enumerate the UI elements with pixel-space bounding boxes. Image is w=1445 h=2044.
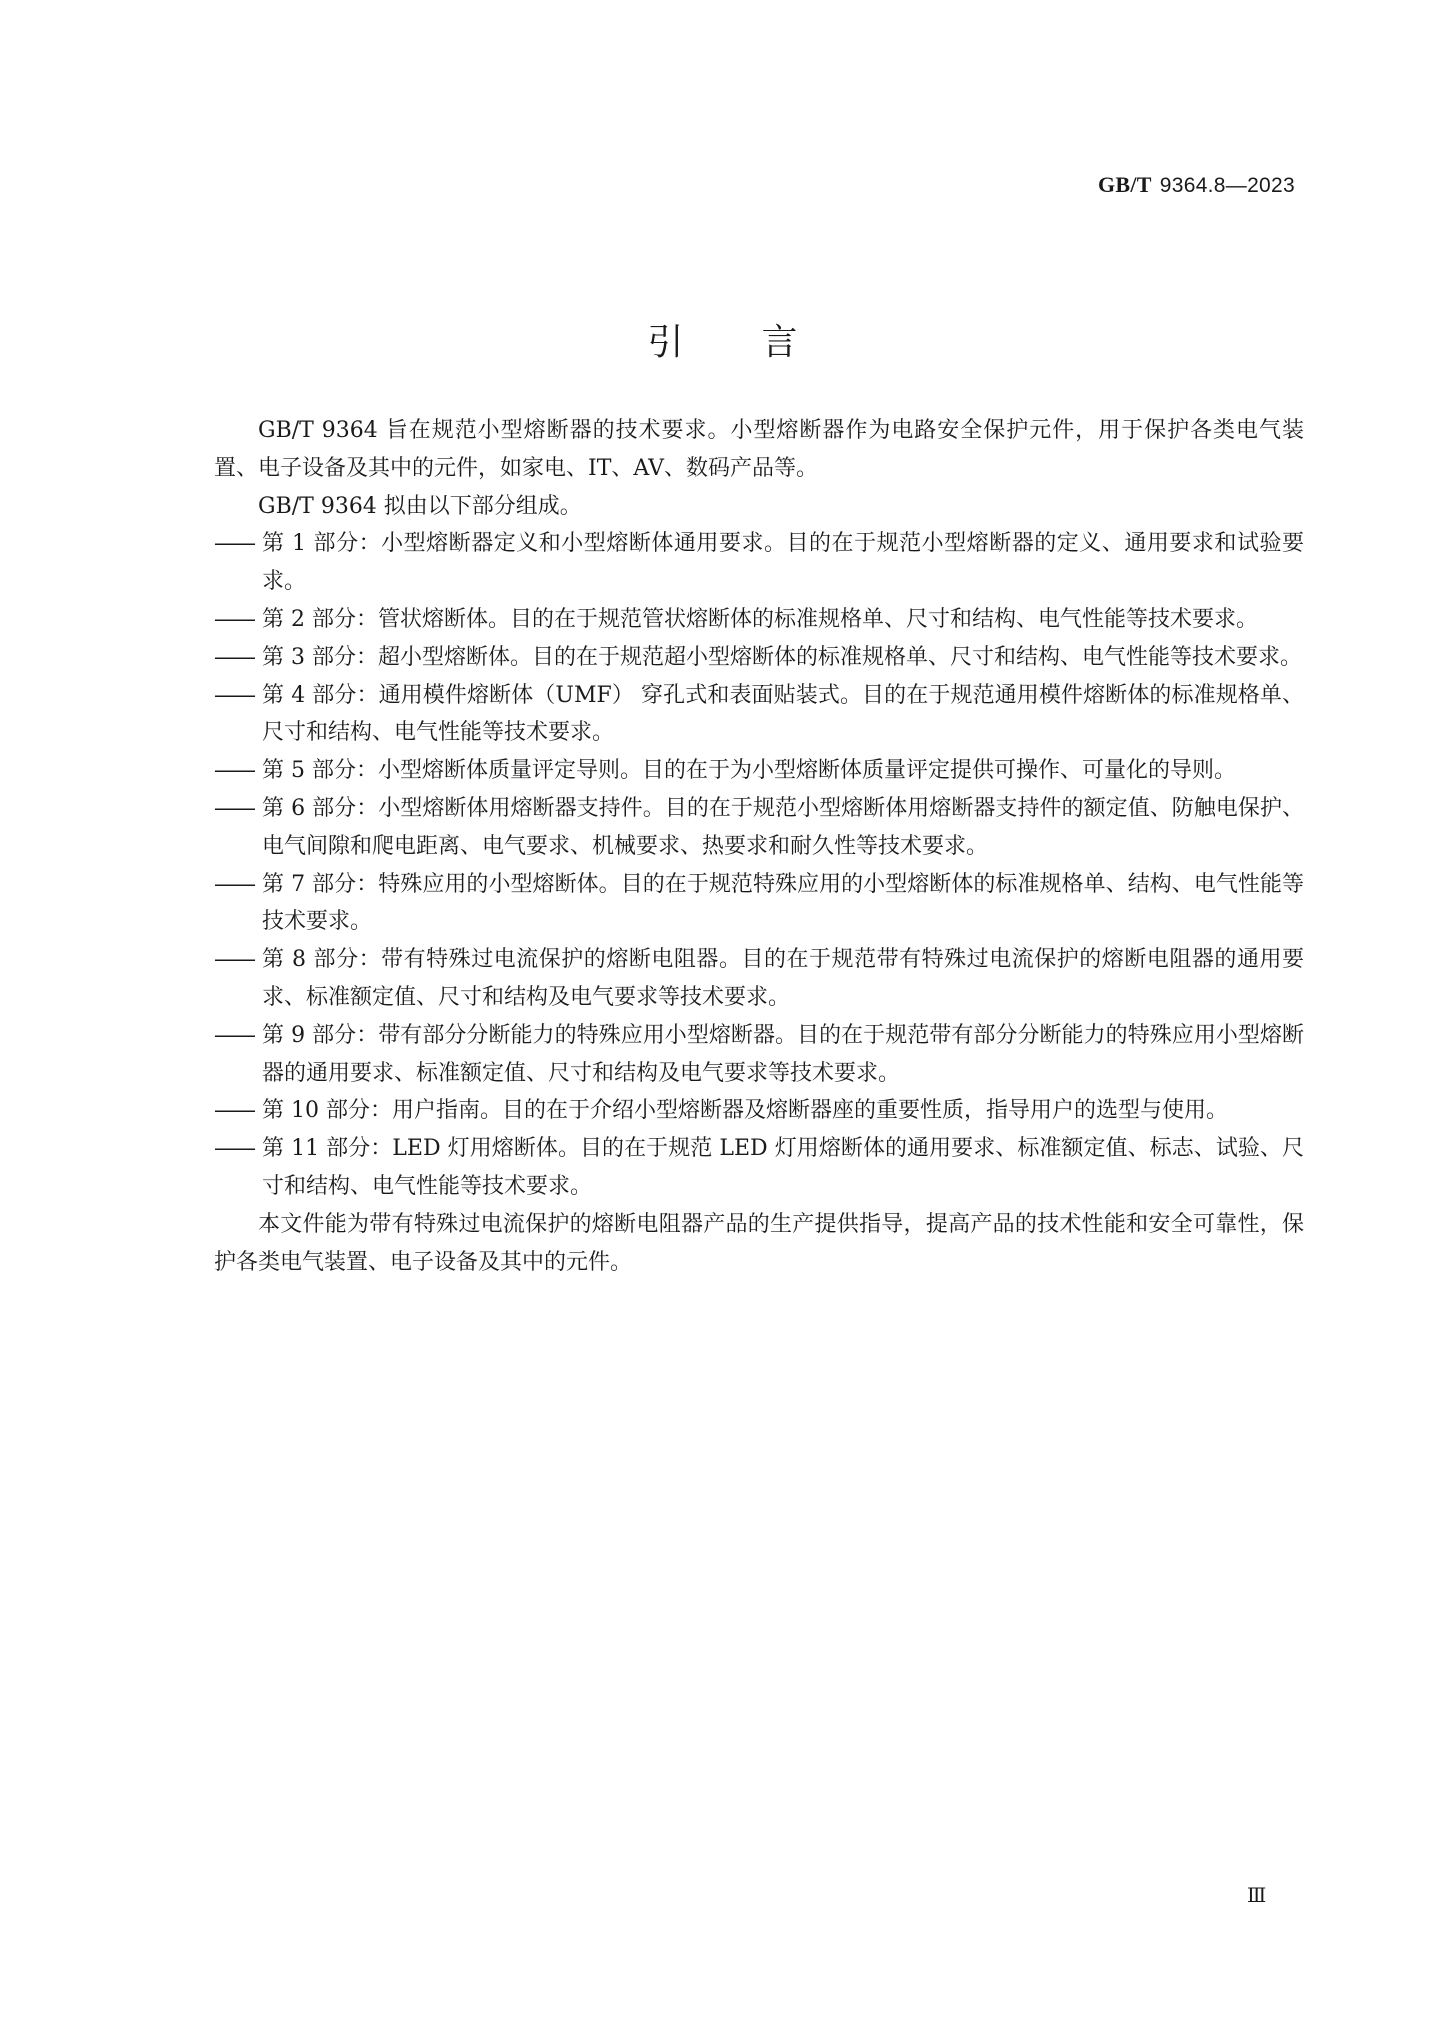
page-number: Ⅲ	[1247, 1883, 1265, 1908]
list-item-part-7: ——第 7 部分：特殊应用的小型熔断体。目的在于规范特殊应用的小型熔断体的标准规…	[214, 866, 1304, 942]
list-item-text: 第 9 部分：带有部分分断能力的特殊应用小型熔断器。目的在于规范带有部分分断能力…	[262, 1023, 1304, 1086]
list-item-part-11: ——第 11 部分：LED 灯用熔断体。目的在于规范 LED 灯用熔断体的通用要…	[214, 1130, 1304, 1206]
list-item-part-3: ——第 3 部分：超小型熔断体。目的在于规范超小型熔断体的标准规格单、尺寸和结构…	[214, 639, 1304, 677]
intro-paragraph: GB/T 9364 旨在规范小型熔断器的技术要求。小型熔断器作为电路安全保护元件…	[214, 412, 1304, 488]
standard-number-header: GB/T9364.8—2023	[1098, 172, 1295, 198]
list-dash: ——	[214, 639, 262, 677]
document-body: GB/T 9364 旨在规范小型熔断器的技术要求。小型熔断器作为电路安全保护元件…	[214, 412, 1304, 1281]
standard-number: 9364.8—2023	[1160, 174, 1295, 197]
list-dash: ——	[214, 866, 262, 904]
list-item-text: 第 2 部分：管状熔断体。目的在于规范管状熔断体的标准规格单、尺寸和结构、电气性…	[262, 607, 1258, 632]
list-item-text: 第 6 部分：小型熔断体用熔断器支持件。目的在于规范小型熔断体用熔断器支持件的额…	[262, 796, 1304, 859]
list-item-text: 第 8 部分：带有特殊过电流保护的熔断电阻器。目的在于规范带有特殊过电流保护的熔…	[262, 947, 1304, 1010]
list-dash: ——	[214, 1092, 262, 1130]
list-item-part-1: ——第 1 部分：小型熔断器定义和小型熔断体通用要求。目的在于规范小型熔断器的定…	[214, 525, 1304, 601]
standard-prefix: GB/T	[1098, 172, 1152, 197]
list-item-part-2: ——第 2 部分：管状熔断体。目的在于规范管状熔断体的标准规格单、尺寸和结构、电…	[214, 601, 1304, 639]
list-dash: ——	[214, 941, 262, 979]
list-item-text: 第 7 部分：特殊应用的小型熔断体。目的在于规范特殊应用的小型熔断体的标准规格单…	[262, 872, 1304, 935]
list-item-part-6: ——第 6 部分：小型熔断体用熔断器支持件。目的在于规范小型熔断体用熔断器支持件…	[214, 790, 1304, 866]
list-item-text: 第 1 部分：小型熔断器定义和小型熔断体通用要求。目的在于规范小型熔断器的定义、…	[262, 531, 1304, 594]
list-item-part-8: ——第 8 部分：带有特殊过电流保护的熔断电阻器。目的在于规范带有特殊过电流保护…	[214, 941, 1304, 1017]
list-dash: ——	[214, 1017, 262, 1055]
list-item-text: 第 4 部分：通用模件熔断体（UMF） 穿孔式和表面贴装式。目的在于规范通用模件…	[262, 683, 1304, 746]
list-item-part-10: ——第 10 部分：用户指南。目的在于介绍小型熔断器及熔断器座的重要性质，指导用…	[214, 1092, 1304, 1130]
list-dash: ——	[214, 525, 262, 563]
list-dash: ——	[214, 752, 262, 790]
list-dash: ——	[214, 601, 262, 639]
list-item-text: 第 10 部分：用户指南。目的在于介绍小型熔断器及熔断器座的重要性质，指导用户的…	[262, 1098, 1228, 1123]
list-dash: ——	[214, 790, 262, 828]
list-item-part-9: ——第 9 部分：带有部分分断能力的特殊应用小型熔断器。目的在于规范带有部分分断…	[214, 1017, 1304, 1093]
list-item-part-5: ——第 5 部分：小型熔断体质量评定导则。目的在于为小型熔断体质量评定提供可操作…	[214, 752, 1304, 790]
list-item-part-4: ——第 4 部分：通用模件熔断体（UMF） 穿孔式和表面贴装式。目的在于规范通用…	[214, 677, 1304, 753]
conclusion-paragraph: 本文件能为带有特殊过电流保护的熔断电阻器产品的生产提供指导，提高产品的技术性能和…	[214, 1206, 1304, 1282]
list-dash: ——	[214, 1130, 262, 1168]
list-item-text: 第 3 部分：超小型熔断体。目的在于规范超小型熔断体的标准规格单、尺寸和结构、电…	[262, 645, 1302, 670]
parts-lead-paragraph: GB/T 9364 拟由以下部分组成。	[214, 488, 1304, 526]
list-item-text: 第 5 部分：小型熔断体质量评定导则。目的在于为小型熔断体质量评定提供可操作、可…	[262, 758, 1236, 783]
parts-list: ——第 1 部分：小型熔断器定义和小型熔断体通用要求。目的在于规范小型熔断器的定…	[214, 525, 1304, 1205]
list-dash: ——	[214, 677, 262, 715]
list-item-text: 第 11 部分：LED 灯用熔断体。目的在于规范 LED 灯用熔断体的通用要求、…	[262, 1136, 1304, 1199]
page-title: 引言	[0, 314, 1445, 365]
